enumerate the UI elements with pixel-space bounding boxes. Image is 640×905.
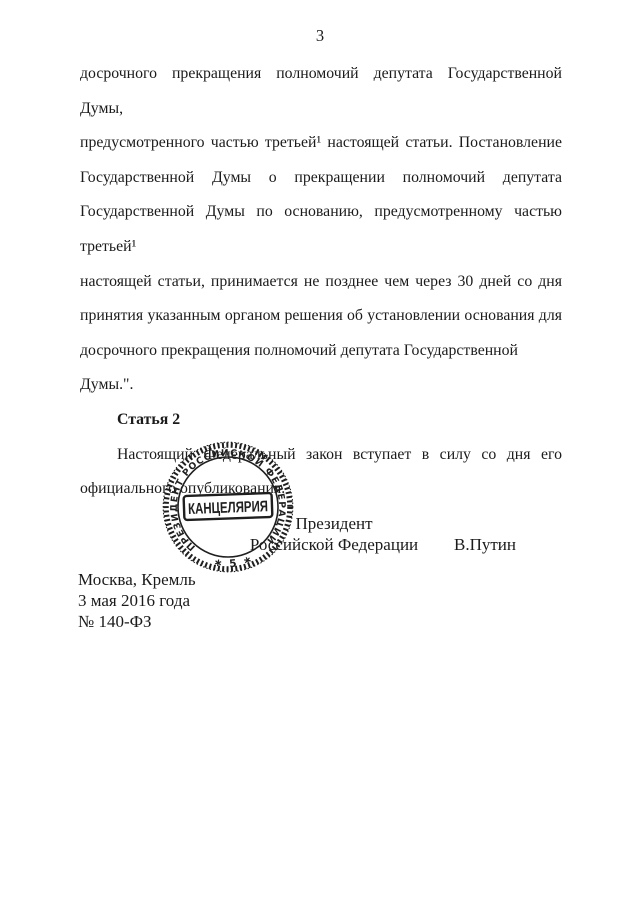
stamp-center-text: КАНЦЕЛЯРИЯ [188,498,269,518]
chancellery-stamp-graphic: ПРЕЗИДЕНТ РОССИЙСКОЙ ФЕДЕРАЦИИ ∗ 5 ∗ КАН… [160,439,296,575]
chancellery-stamp: ПРЕЗИДЕНТ РОССИЙСКОЙ ФЕДЕРАЦИИ ∗ 5 ∗ КАН… [160,439,296,575]
signer-name: В.Путин [454,534,516,555]
body-line: Государственной Думы о прекращении полно… [80,161,562,196]
body-line: принятия указанным органом решения об ус… [80,299,562,334]
article-heading: Статья 2 [80,403,562,438]
body-line: предусмотренного частью третьей¹ настоящ… [80,126,562,161]
issuance-date: 3 мая 2016 года [78,591,196,612]
issuance-block: Москва, Кремль 3 мая 2016 года № 140-ФЗ [78,570,196,632]
page-number: 3 [0,28,640,44]
law-number: № 140-ФЗ [78,612,196,633]
body-line: Государственной Думы по основанию, преду… [80,195,562,264]
document-body: досрочного прекращения полномочий депута… [80,57,562,507]
body-line: настоящей статьи, принимается не позднее… [80,265,562,300]
body-line: официального опубликования. [80,472,562,507]
document-page: 3 досрочного прекращения полномочий депу… [0,0,640,905]
body-line: досрочного прекращения полномочий депута… [80,57,562,126]
body-line: Настоящий Федеральный закон вступает в с… [80,438,562,473]
body-line: досрочного прекращения полномочий депута… [80,334,562,403]
